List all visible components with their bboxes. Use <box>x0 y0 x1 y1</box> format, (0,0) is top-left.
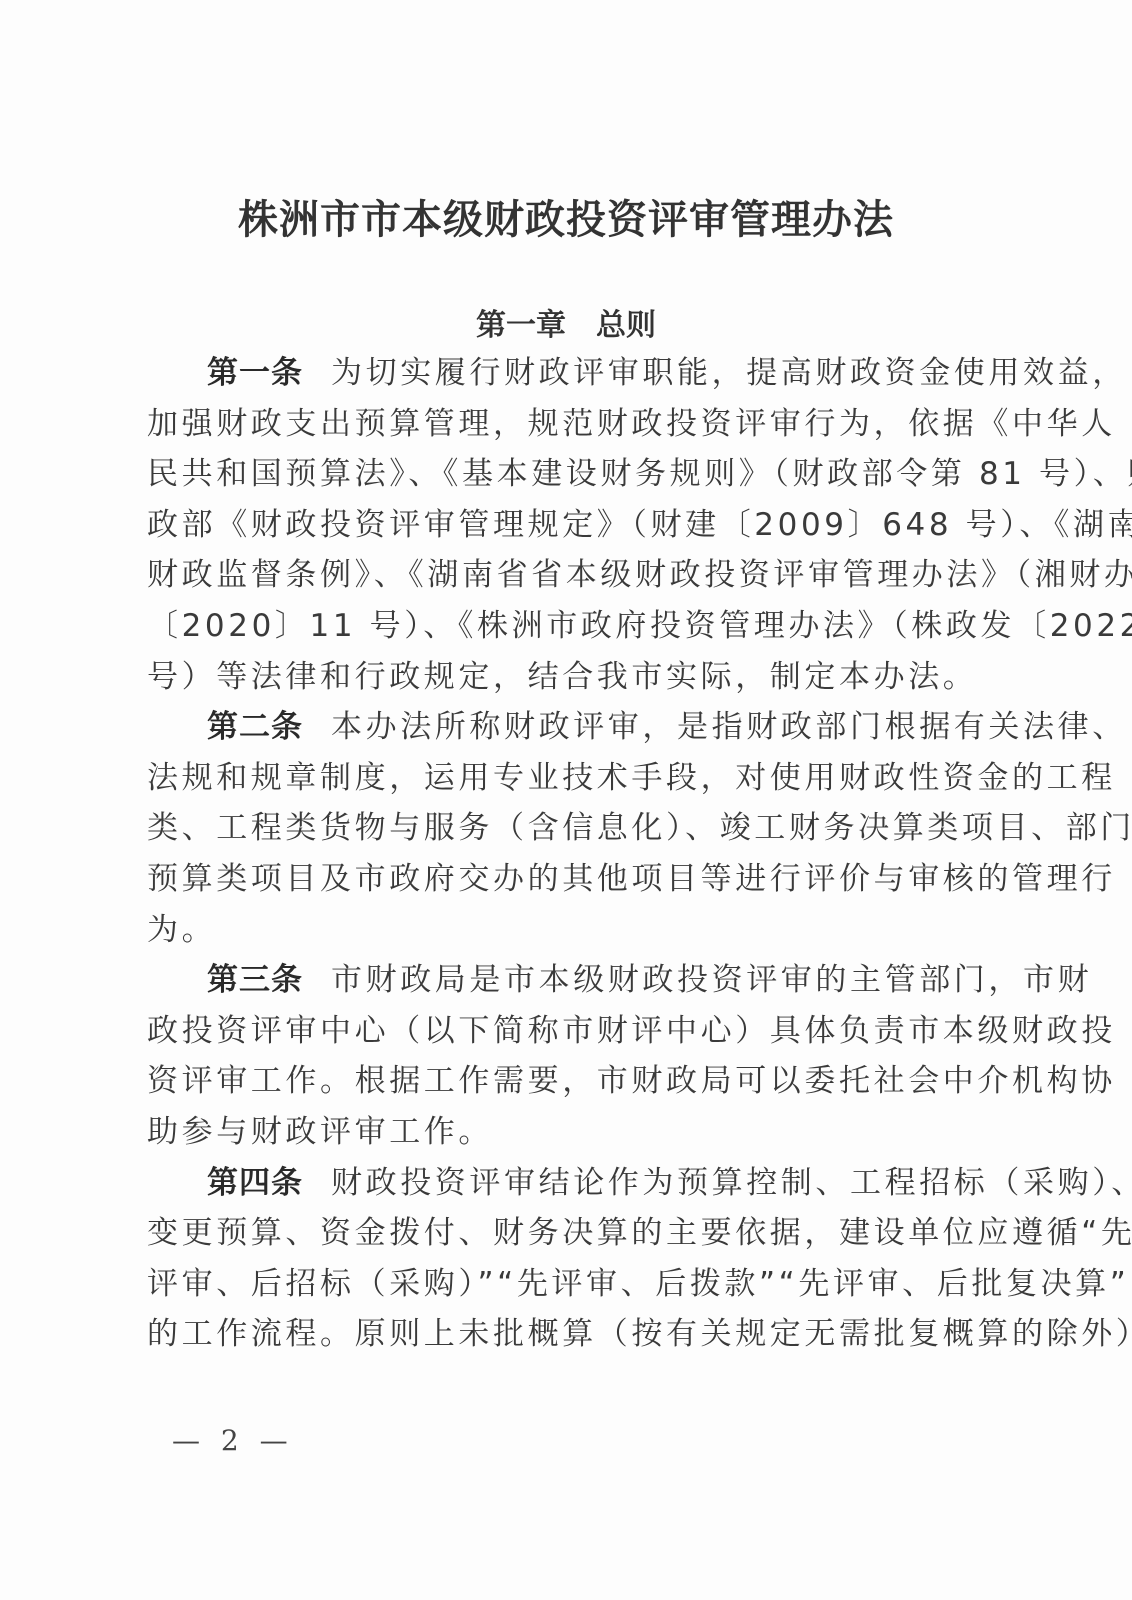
article-text: 财政投资评审结论作为预算控制、工程招标（采购）、 <box>331 1165 1132 1201</box>
article-3-label: 第三条 <box>207 962 303 998</box>
article-text: 市财政局是市本级财政投资评审的主管部门，市财 <box>331 962 1092 998</box>
article-1-line-5: 财政监督条例》、《湖南省省本级财政投资评审管理办法》（湘财办 <box>147 550 962 601</box>
article-3-line-3: 资评审工作。根据工作需要，市财政局可以委托社会中介机构协 <box>147 1056 962 1107</box>
article-2-line-4: 预算类项目及市政府交办的其他项目等进行评价与审核的管理行 <box>147 854 962 905</box>
page-number: — 2 — <box>172 1424 294 1457</box>
article-text: 本办法所称财政评审，是指财政部门根据有关法律、 <box>331 709 1127 745</box>
article-2-line-3: 类、工程类货物与服务（含信息化）、竣工财务决算类项目、部门 <box>147 803 962 854</box>
article-4-line-3: 评审、后招标（采购）”“先评审、后拨款”“先评审、后批复决算” <box>147 1259 962 1310</box>
article-1-line-4: 政部《财政投资评审管理规定》（财建〔2009〕648 号）、《湖南省 <box>147 500 962 551</box>
article-4-line-2: 变更预算、资金拨付、财务决算的主要依据，建设单位应遵循“先 <box>147 1208 962 1259</box>
article-2-label: 第二条 <box>207 709 303 745</box>
chapter-number: 第一章 <box>476 308 566 343</box>
article-2-line-5: 为。 <box>147 905 962 956</box>
article-1-label: 第一条 <box>207 355 303 391</box>
article-3-line-1: 第三条市财政局是市本级财政投资评审的主管部门，市财 <box>147 955 962 1006</box>
document-body: 第一条为切实履行财政评审职能，提高财政资金使用效益， 加强财政支出预算管理，规范… <box>147 348 962 1360</box>
article-1-line-3: 民共和国预算法》、《基本建设财务规则》（财政部令第 81 号）、财 <box>147 449 962 500</box>
article-1-line-1: 第一条为切实履行财政评审职能，提高财政资金使用效益， <box>147 348 962 399</box>
document-title: 株洲市市本级财政投资评审管理办法 <box>0 188 1132 245</box>
article-4-label: 第四条 <box>207 1165 303 1201</box>
article-2-line-2: 法规和规章制度，运用专业技术手段，对使用财政性资金的工程 <box>147 753 962 804</box>
article-1-line-6: 〔2020〕11 号）、《株洲市政府投资管理办法》（株政发〔2022〕8 <box>147 601 962 652</box>
article-1-line-2: 加强财政支出预算管理，规范财政投资评审行为，依据《中华人 <box>147 399 962 450</box>
chapter-name: 总则 <box>596 308 656 343</box>
article-3-line-4: 助参与财政评审工作。 <box>147 1107 962 1158</box>
article-4-line-1: 第四条财政投资评审结论作为预算控制、工程招标（采购）、 <box>147 1158 962 1209</box>
document-page: 株洲市市本级财政投资评审管理办法 第一章总则 第一条为切实履行财政评审职能，提高… <box>0 0 1132 1600</box>
article-text: 为切实履行财政评审职能，提高财政资金使用效益， <box>331 355 1127 391</box>
article-3-line-2: 政投资评审中心（以下简称市财评中心）具体负责市本级财政投 <box>147 1006 962 1057</box>
article-4-line-4: 的工作流程。原则上未批概算（按有关规定无需批复概算的除外） <box>147 1309 962 1360</box>
article-1-line-7: 号）等法律和行政规定，结合我市实际，制定本办法。 <box>147 652 962 703</box>
chapter-heading: 第一章总则 <box>0 300 1132 344</box>
article-2-line-1: 第二条本办法所称财政评审，是指财政部门根据有关法律、 <box>147 702 962 753</box>
